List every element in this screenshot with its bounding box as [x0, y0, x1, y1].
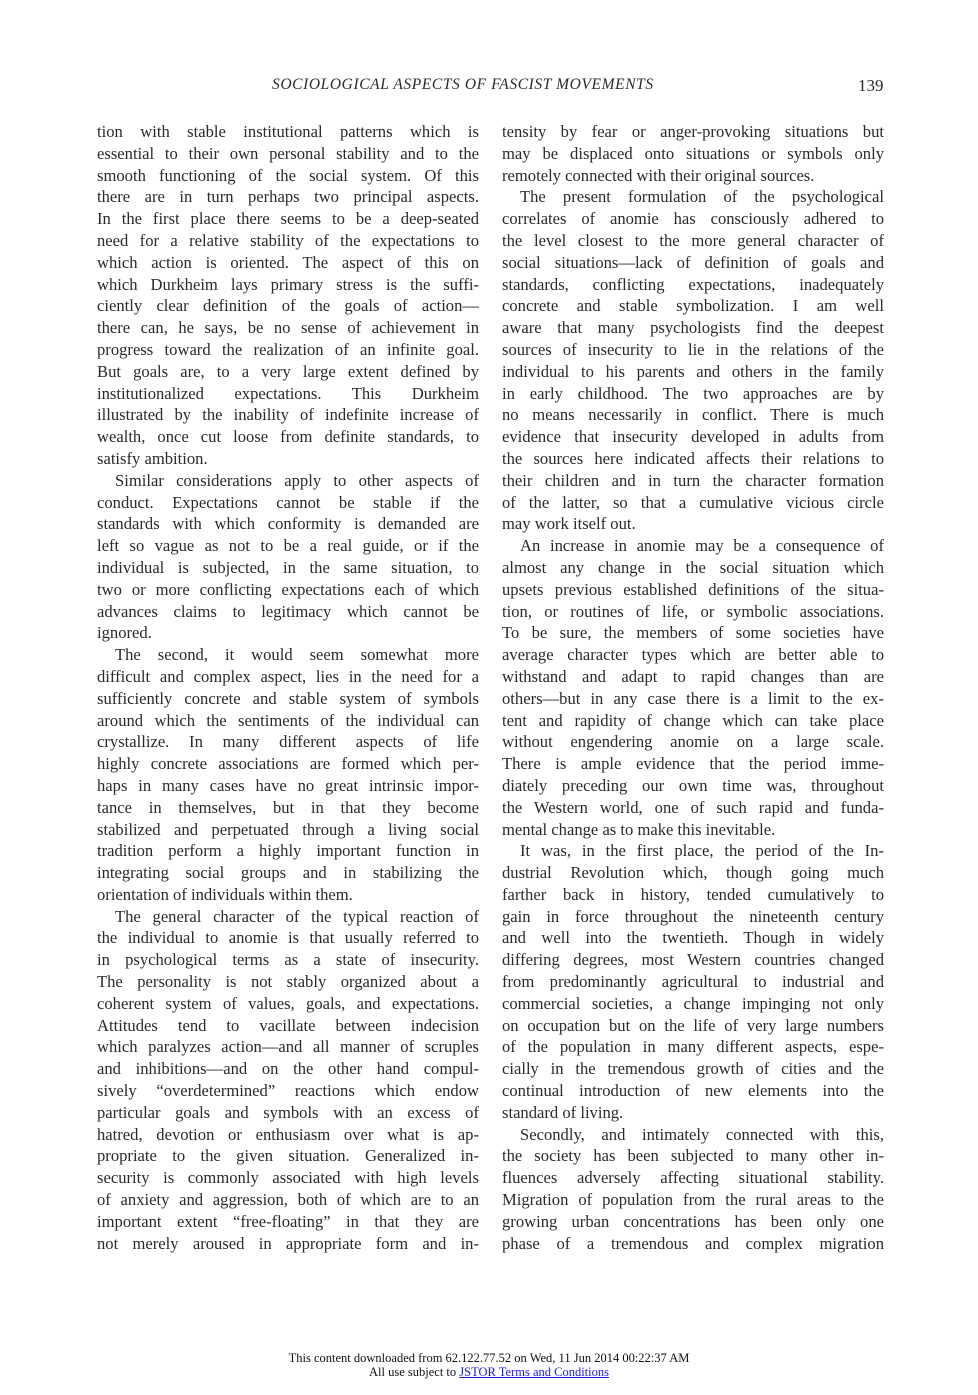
text-line: tent and rapidity of change which can ta…	[502, 710, 884, 732]
text-line: cially in the tremendous growth of citie…	[502, 1058, 884, 1080]
text-line: An increase in anomie may be a consequen…	[502, 535, 884, 557]
text-line: standard of living.	[502, 1102, 884, 1124]
text-line: standards with which conformity is deman…	[97, 513, 479, 535]
download-notice: This content downloaded from 62.122.77.5…	[0, 1351, 978, 1365]
text-line: progress toward the realization of an in…	[97, 339, 479, 361]
text-line: upsets previous established definitions …	[502, 579, 884, 601]
text-line: smooth functioning of the social system.…	[97, 165, 479, 187]
text-line: in early childhood. The two approaches a…	[502, 383, 884, 405]
text-line: aware that many psychologists find the d…	[502, 317, 884, 339]
text-line: gain in force throughout the nineteenth …	[502, 906, 884, 928]
text-line: farther back in history, tended cumulati…	[502, 884, 884, 906]
text-line: difficult and complex aspect, lies in th…	[97, 666, 479, 688]
text-line: In the first place there seems to be a d…	[97, 208, 479, 230]
text-line: security is commonly associated with hig…	[97, 1167, 479, 1189]
text-line: and inhibitions—and on the other hand co…	[97, 1058, 479, 1080]
text-line: But goals are, to a very large extent de…	[97, 361, 479, 383]
terms-line: All use subject to JSTOR Terms and Condi…	[0, 1365, 978, 1379]
text-line: which action is oriented. The aspect of …	[97, 252, 479, 274]
text-line: there can, he says, be no sense of achie…	[97, 317, 479, 339]
text-line: essential to their own personal stabilit…	[97, 143, 479, 165]
text-line: haps in many cases have no great intrins…	[97, 775, 479, 797]
jstor-footer: This content downloaded from 62.122.77.5…	[0, 1351, 978, 1379]
text-line: no means necessarily in conflict. There …	[502, 404, 884, 426]
text-line: in psychological terms as a state of ins…	[97, 949, 479, 971]
text-line: important extent “free-floating” in that…	[97, 1211, 479, 1233]
text-line: illustrated by the inability of indefini…	[97, 404, 479, 426]
paragraph: tion with stable institutional patterns …	[97, 121, 479, 470]
text-line: social situations—lack of definition of …	[502, 252, 884, 274]
text-line: tance in themselves, but in that they be…	[97, 797, 479, 819]
text-line: tion, or routines of life, or symbolic a…	[502, 601, 884, 623]
text-line: the society has been subjected to many o…	[502, 1145, 884, 1167]
text-line: evidence that insecurity developed in ad…	[502, 426, 884, 448]
text-line: institutionalized expectations. This Dur…	[97, 383, 479, 405]
text-line: may be displaced onto situations or symb…	[502, 143, 884, 165]
text-line: of anxiety and aggression, both of which…	[97, 1189, 479, 1211]
text-line: hatred, devotion or enthusiasm over what…	[97, 1124, 479, 1146]
text-line: almost any change in the social situatio…	[502, 557, 884, 579]
text-line: may work itself out.	[502, 513, 884, 535]
text-line: correlates of anomie has consciously adh…	[502, 208, 884, 230]
paragraph: The general character of the typical rea…	[97, 906, 479, 1255]
text-line: ignored.	[97, 622, 479, 644]
text-line: stabilized and perpetuated through a liv…	[97, 819, 479, 841]
text-line: Attitudes tend to vacillate between inde…	[97, 1015, 479, 1037]
text-line: sufficiently concrete and stable system …	[97, 688, 479, 710]
text-line: crystallize. In many different aspects o…	[97, 731, 479, 753]
text-line: To be sure, the members of some societie…	[502, 622, 884, 644]
text-line: orientation of individuals within them.	[97, 884, 479, 906]
text-line: growing urban concentrations has been on…	[502, 1211, 884, 1233]
text-line: concrete and stable symbolization. I am …	[502, 295, 884, 317]
text-line: The second, it would seem somewhat more	[97, 644, 479, 666]
jstor-terms-link[interactable]: JSTOR Terms and Conditions	[459, 1365, 609, 1379]
text-line: individual to his parents and others in …	[502, 361, 884, 383]
paragraph: It was, in the first place, the period o…	[502, 840, 884, 1123]
text-line: wealth, once cut loose from definite sta…	[97, 426, 479, 448]
text-line: of the population in many different aspe…	[502, 1036, 884, 1058]
paragraph: Similar considerations apply to other as…	[97, 470, 479, 644]
text-line: continual introduction of new elements i…	[502, 1080, 884, 1102]
text-line: from predominantly agricultural to indus…	[502, 971, 884, 993]
text-line: withstand and adapt to rapid changes tha…	[502, 666, 884, 688]
paragraph: tensity by fear or anger-provoking situa…	[502, 121, 884, 186]
text-line: which paralyzes action—and all manner of…	[97, 1036, 479, 1058]
text-line: advances claims to legitimacy which cann…	[97, 601, 479, 623]
terms-prefix: All use subject to	[369, 1365, 459, 1379]
paragraph: The present formulation of the psycholog…	[502, 186, 884, 535]
text-line: the Western world, one of such rapid and…	[502, 797, 884, 819]
right-column: tensity by fear or anger-provoking situa…	[502, 121, 884, 1254]
text-line: the individual to anomie is that usually…	[97, 927, 479, 949]
text-line: propriate to the given situation. Genera…	[97, 1145, 479, 1167]
text-line: tradition perform a highly important fun…	[97, 840, 479, 862]
text-line: remotely connected with their original s…	[502, 165, 884, 187]
text-line: others—but in any case there is a limit …	[502, 688, 884, 710]
text-line: There is ample evidence that the period …	[502, 753, 884, 775]
text-line: phase of a tremendous and complex migrat…	[502, 1233, 884, 1255]
text-line: not merely aroused in appropriate form a…	[97, 1233, 479, 1255]
text-line: dustrial Revolution which, though going …	[502, 862, 884, 884]
running-head: SOCIOLOGICAL ASPECTS OF FASCIST MOVEMENT…	[0, 76, 978, 100]
paragraph: The second, it would seem somewhat mored…	[97, 644, 479, 906]
text-line: sively “overdetermined” reactions which …	[97, 1080, 479, 1102]
text-line: on occupation but on the life of very la…	[502, 1015, 884, 1037]
text-line: mental change as to make this inevitable…	[502, 819, 884, 841]
text-line: of the latter, so that a cumulative vici…	[502, 492, 884, 514]
text-line: standards, conflicting expectations, ina…	[502, 274, 884, 296]
text-line: tensity by fear or anger-provoking situa…	[502, 121, 884, 143]
text-line: particular goals and symbols with an exc…	[97, 1102, 479, 1124]
paragraph: Secondly, and intimately connected with …	[502, 1124, 884, 1255]
text-line: It was, in the first place, the period o…	[502, 840, 884, 862]
text-line: and well into the twentieth. Though in w…	[502, 927, 884, 949]
text-line: average character types which are better…	[502, 644, 884, 666]
left-column: tion with stable institutional patterns …	[97, 121, 479, 1254]
paragraph: An increase in anomie may be a consequen…	[502, 535, 884, 840]
text-line: integrating social groups and in stabili…	[97, 862, 479, 884]
text-line: differing degrees, most Western countrie…	[502, 949, 884, 971]
text-line: need for a relative stability of the exp…	[97, 230, 479, 252]
text-line: satisfy ambition.	[97, 448, 479, 470]
text-line: left so vague as not to be a real guide,…	[97, 535, 479, 557]
running-title: SOCIOLOGICAL ASPECTS OF FASCIST MOVEMENT…	[272, 76, 654, 94]
text-line: The general character of the typical rea…	[97, 906, 479, 928]
text-line: sources of insecurity to lie in the rela…	[502, 339, 884, 361]
text-line: two or more conflicting expectations eac…	[97, 579, 479, 601]
text-line: ciently clear definition of the goals of…	[97, 295, 479, 317]
text-line: Similar considerations apply to other as…	[97, 470, 479, 492]
text-line: the level closest to the more general ch…	[502, 230, 884, 252]
text-line: Secondly, and intimately connected with …	[502, 1124, 884, 1146]
text-line: tion with stable institutional patterns …	[97, 121, 479, 143]
text-line: commercial societies, a change impinging…	[502, 993, 884, 1015]
text-line: their children and in turn the character…	[502, 470, 884, 492]
page-number: 139	[858, 76, 884, 96]
text-line: which Durkheim lays primary stress is th…	[97, 274, 479, 296]
text-line: individual is subjected, in the same sit…	[97, 557, 479, 579]
text-line: fluences adversely affecting situational…	[502, 1167, 884, 1189]
text-line: coherent system of values, goals, and ex…	[97, 993, 479, 1015]
text-line: The personality is not stably organized …	[97, 971, 479, 993]
text-line: there are in turn perhaps two principal …	[97, 186, 479, 208]
text-line: without engendering anomie on a large sc…	[502, 731, 884, 753]
text-line: The present formulation of the psycholog…	[502, 186, 884, 208]
text-line: around which the sentiments of the indiv…	[97, 710, 479, 732]
text-line: the sources here indicated affects their…	[502, 448, 884, 470]
text-line: diately preceding our own time was, thro…	[502, 775, 884, 797]
text-line: highly concrete associations are formed …	[97, 753, 479, 775]
text-line: Migration of population from the rural a…	[502, 1189, 884, 1211]
text-line: conduct. Expectations cannot be stable i…	[97, 492, 479, 514]
